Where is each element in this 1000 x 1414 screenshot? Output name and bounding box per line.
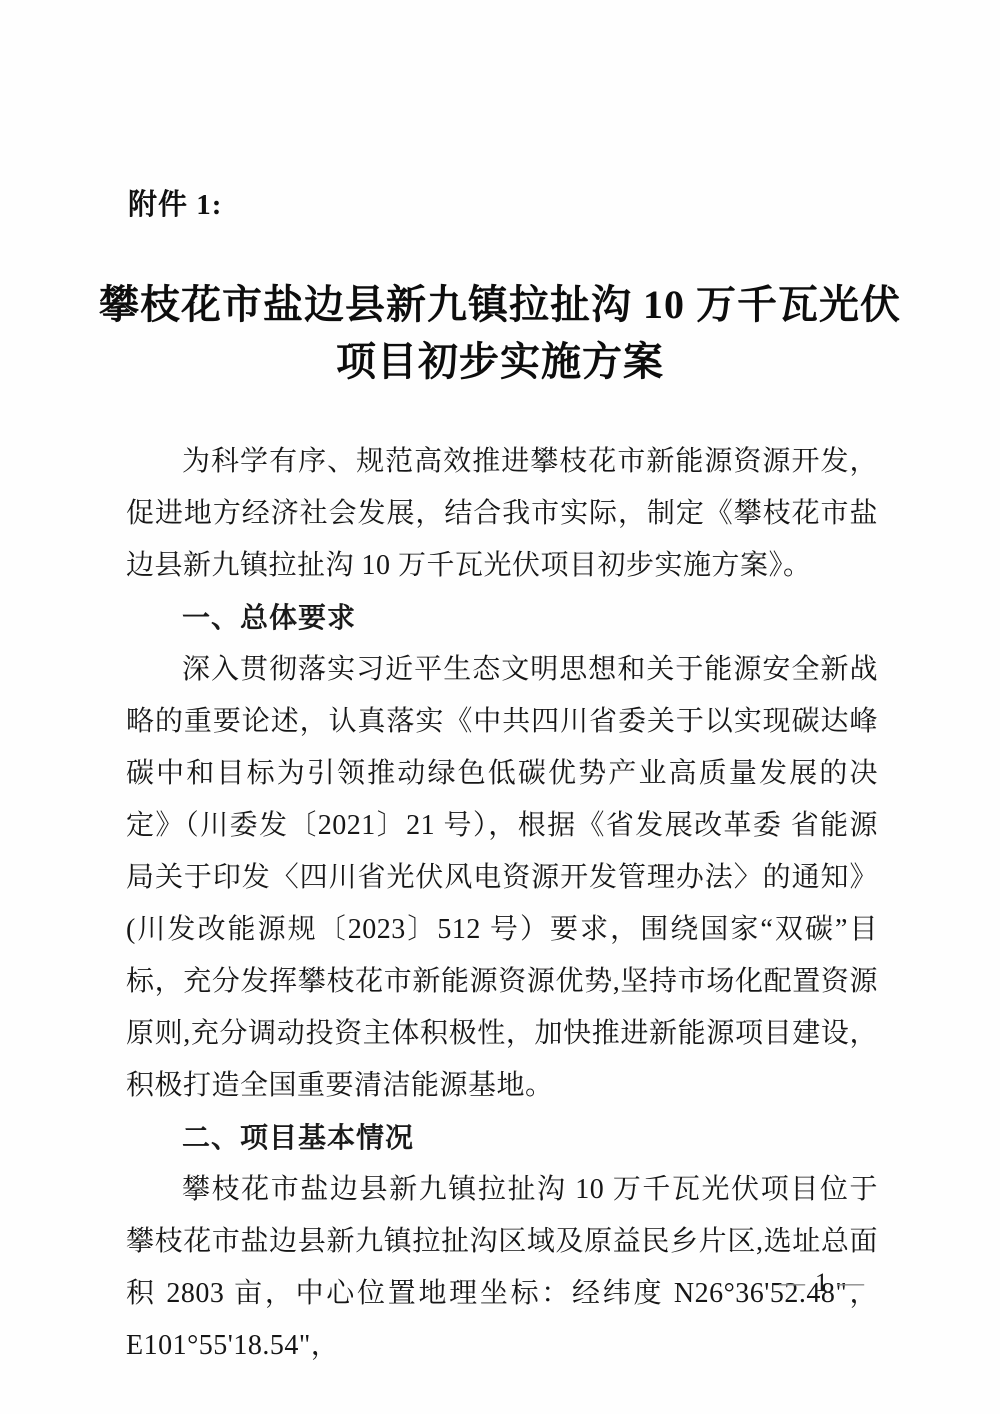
footer-left-dash: — xyxy=(771,1268,815,1297)
document-title-line1: 攀枝花市盐边县新九镇拉扯沟 10 万千瓦光伏 xyxy=(90,276,910,333)
paragraph-project-basics: 攀枝花市盐边县新九镇拉扯沟 10 万千瓦光伏项目位于攀枝花市盐边县新九镇拉扯沟区… xyxy=(126,1164,878,1372)
document-title: 攀枝花市盐边县新九镇拉扯沟 10 万千瓦光伏 项目初步实施方案 xyxy=(90,276,910,390)
document-title-line2: 项目初步实施方案 xyxy=(90,333,910,390)
section-heading-overall-requirements: 一、总体要求 xyxy=(126,592,878,644)
attachment-label: 附件 1: xyxy=(128,182,222,223)
document-page: 附件 1: 攀枝花市盐边县新九镇拉扯沟 10 万千瓦光伏 项目初步实施方案 为科… xyxy=(0,0,1000,1414)
paragraph-overall-requirements: 深入贯彻落实习近平生态文明思想和关于能源安全新战略的重要论述，认真落实《中共四川… xyxy=(126,644,878,1112)
page-footer: —1— xyxy=(771,1268,874,1298)
footer-right-dash: — xyxy=(830,1268,874,1297)
document-body: 为科学有序、规范高效推进攀枝花市新能源资源开发，促进地方经济社会发展，结合我市实… xyxy=(126,436,878,1372)
section-heading-project-basics: 二、项目基本情况 xyxy=(126,1112,878,1164)
page-number: 1 xyxy=(815,1268,830,1297)
paragraph-intro: 为科学有序、规范高效推进攀枝花市新能源资源开发，促进地方经济社会发展，结合我市实… xyxy=(126,436,878,592)
